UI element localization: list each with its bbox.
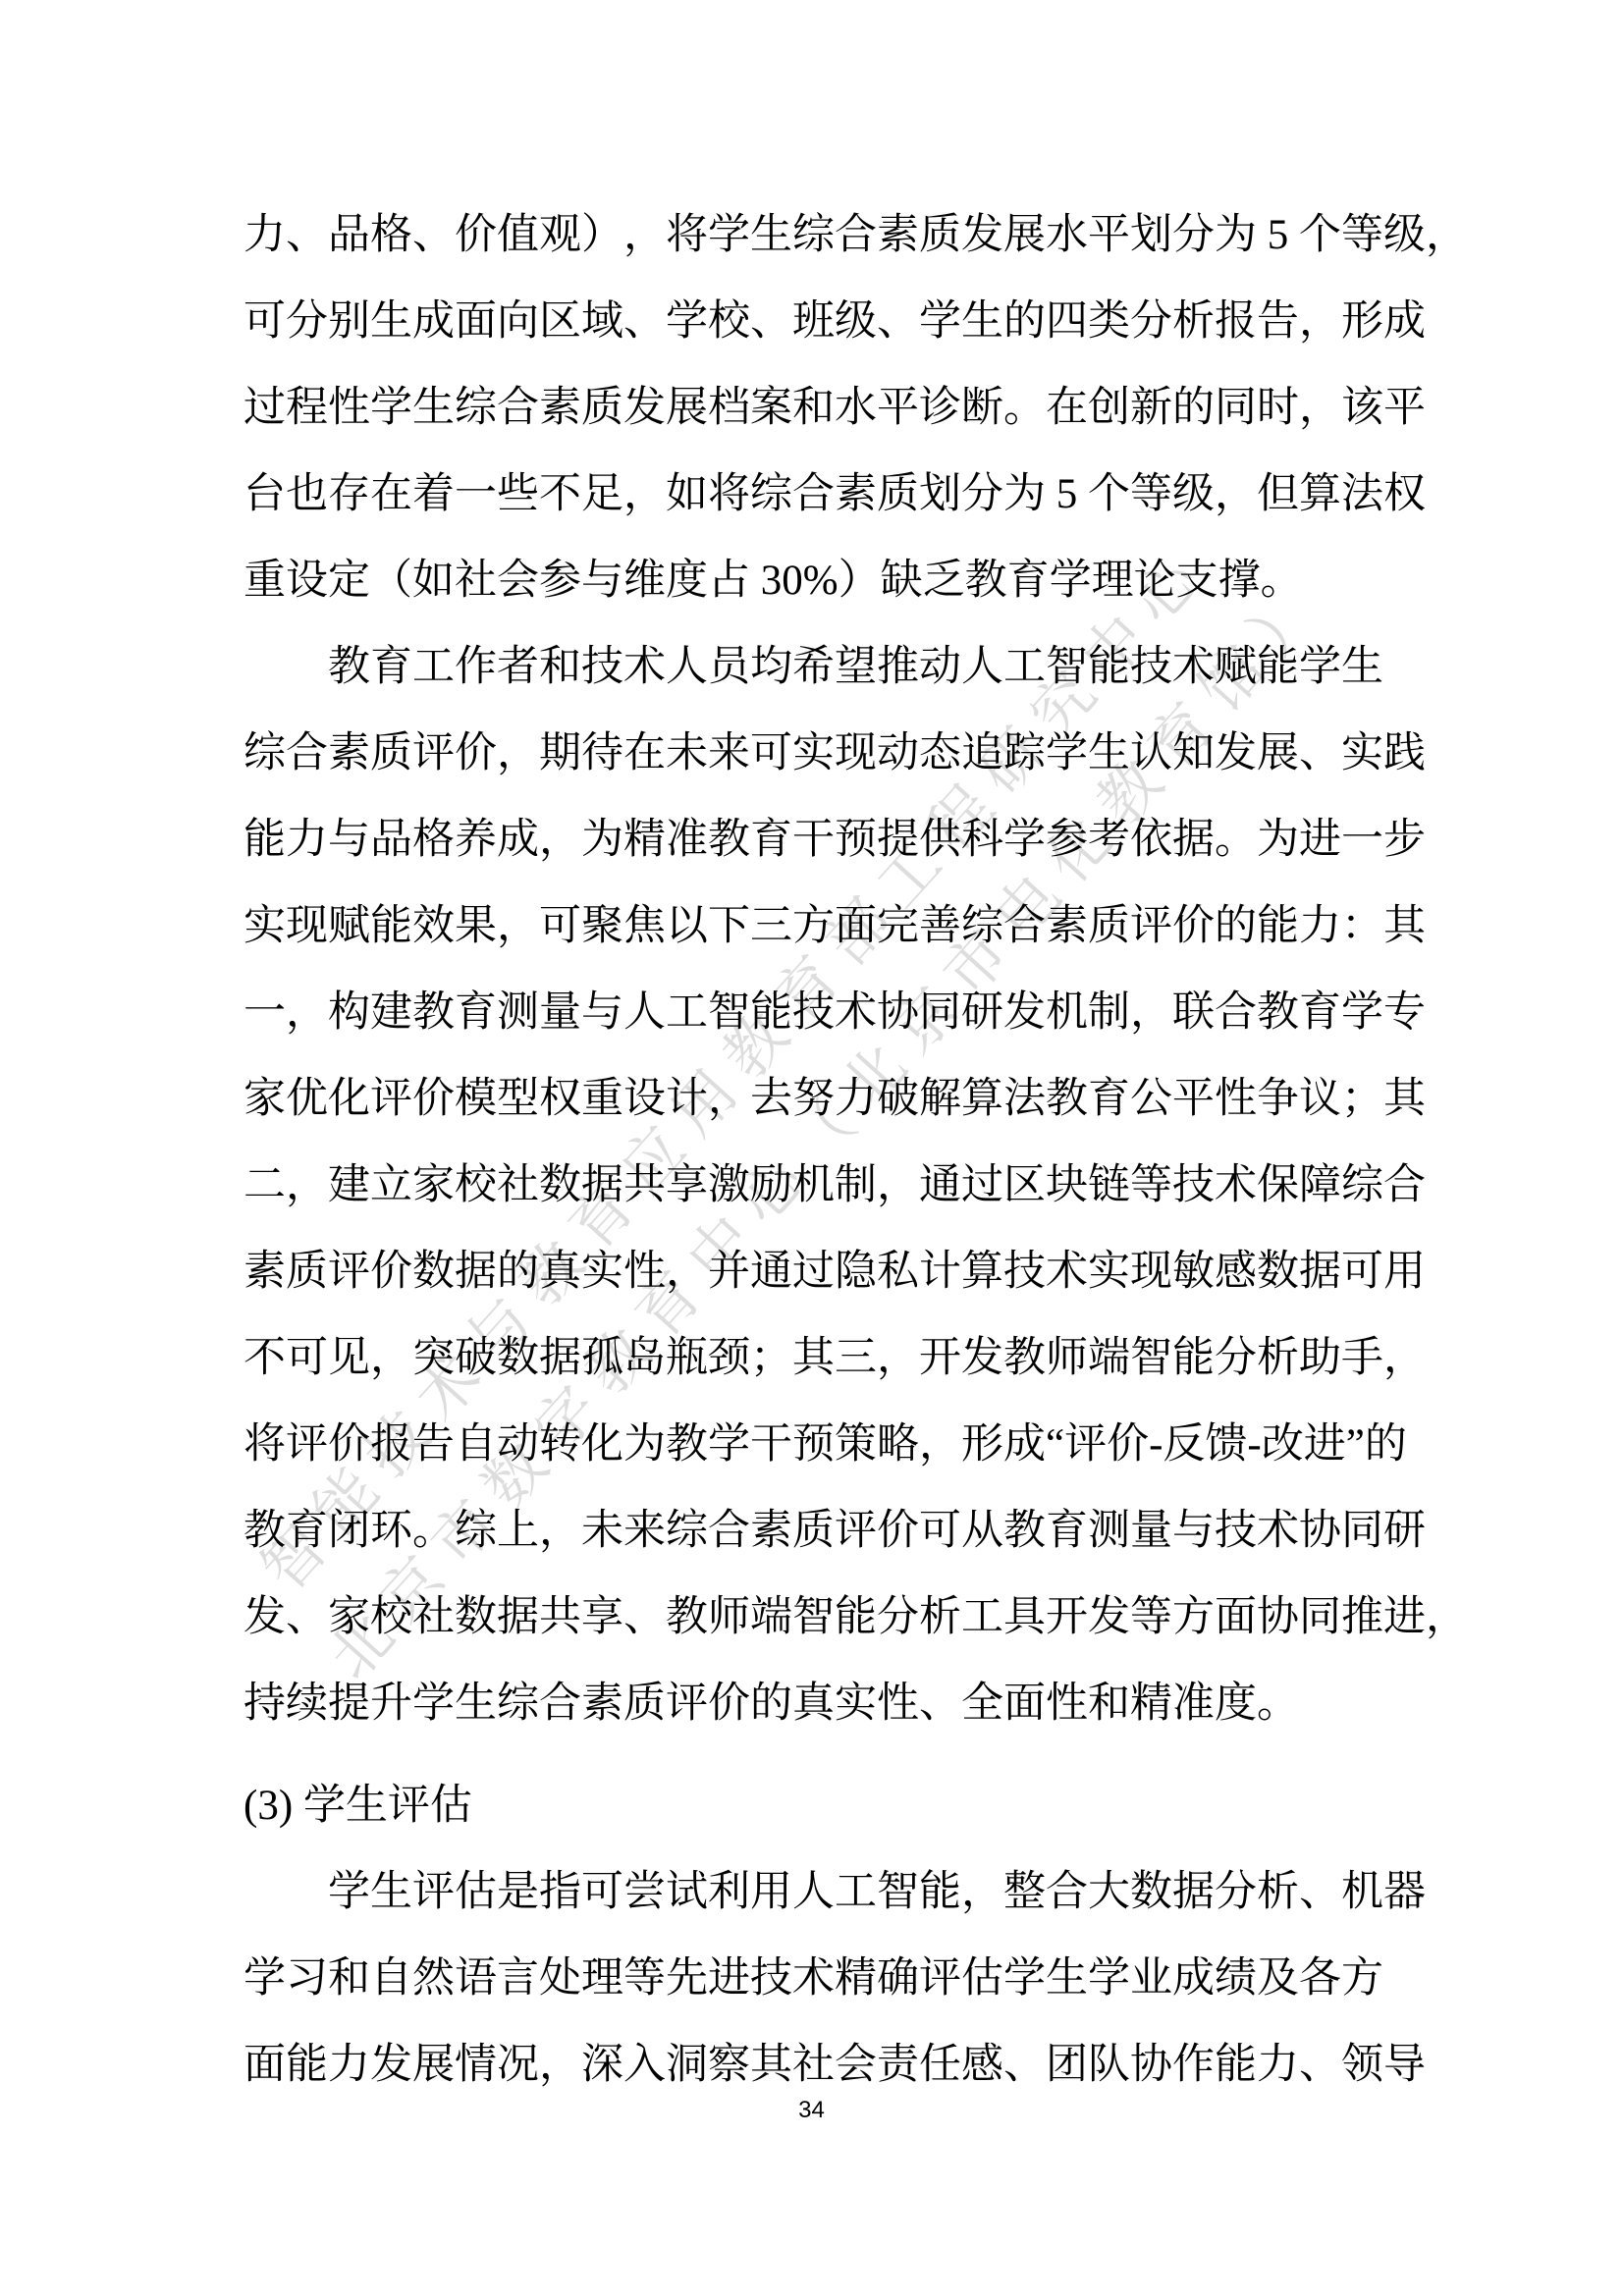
document-page: { "watermark": { "line1": "智能技术与教育应用教育部工… [0, 0, 1623, 2296]
body-line: 学习和自然语言处理等先进技术精确评估学生学业成绩及各方 [243, 1936, 1375, 2022]
body-line: 教育闭环。综上，未来综合素质评价可从教育测量与技术协同研 [243, 1488, 1375, 1575]
body-line: 持续提升学生综合素质评价的真实性、全面性和精准度。 [243, 1661, 1375, 1747]
section-heading: (3) 学生评估 [243, 1763, 1375, 1849]
body-line: 发、家校社数据共享、教师端智能分析工具开发等方面协同推进， [243, 1575, 1375, 1661]
body-line: 能力与品格养成，为精准教育干预提供科学参考依据。为进一步 [243, 797, 1375, 883]
body-line: 综合素质评价，期待在未来可实现动态追踪学生认知发展、实践 [243, 711, 1375, 797]
body-line: 教育工作者和技术人员均希望推动人工智能技术赋能学生 [243, 624, 1375, 711]
body-line: 力、品格、价值观），将学生综合素质发展水平划分为 5 个等级， [243, 192, 1375, 279]
body-line: 台也存在着一些不足，如将综合素质划分为 5 个等级，但算法权 [243, 452, 1375, 538]
body-line: 学生评估是指可尝试利用人工智能，整合大数据分析、机器 [243, 1849, 1375, 1936]
body-line: 二，建立家校社数据共享激励机制，通过区块链等技术保障综合 [243, 1143, 1375, 1229]
body-line: 家优化评价模型权重设计，去努力破解算法教育公平性争议；其 [243, 1056, 1375, 1143]
page-number: 34 [798, 2097, 825, 2123]
body-line: 不可见，突破数据孤岛瓶颈；其三，开发教师端智能分析助手， [243, 1315, 1375, 1402]
body-line: 将评价报告自动转化为教学干预策略，形成“评价-反馈-改进”的 [243, 1402, 1375, 1488]
body-line: 一，构建教育测量与人工智能技术协同研发机制，联合教育学专 [243, 970, 1375, 1056]
body-line: 实现赋能效果，可聚焦以下三方面完善综合素质评价的能力：其 [243, 883, 1375, 970]
body-line: 可分别生成面向区域、学校、班级、学生的四类分析报告，形成 [243, 279, 1375, 365]
page-footer: 34 [0, 2089, 1623, 2132]
body-line: 重设定（如社会参与维度占 30%）缺乏教育学理论支撑。 [243, 538, 1375, 624]
body-line: 素质评价数据的真实性，并通过隐私计算技术实现敏感数据可用 [243, 1229, 1375, 1315]
page-body: 力、品格、价值观），将学生综合素质发展水平划分为 5 个等级， 可分别生成面向区… [243, 192, 1375, 2109]
body-line: 过程性学生综合素质发展档案和水平诊断。在创新的同时，该平 [243, 365, 1375, 452]
